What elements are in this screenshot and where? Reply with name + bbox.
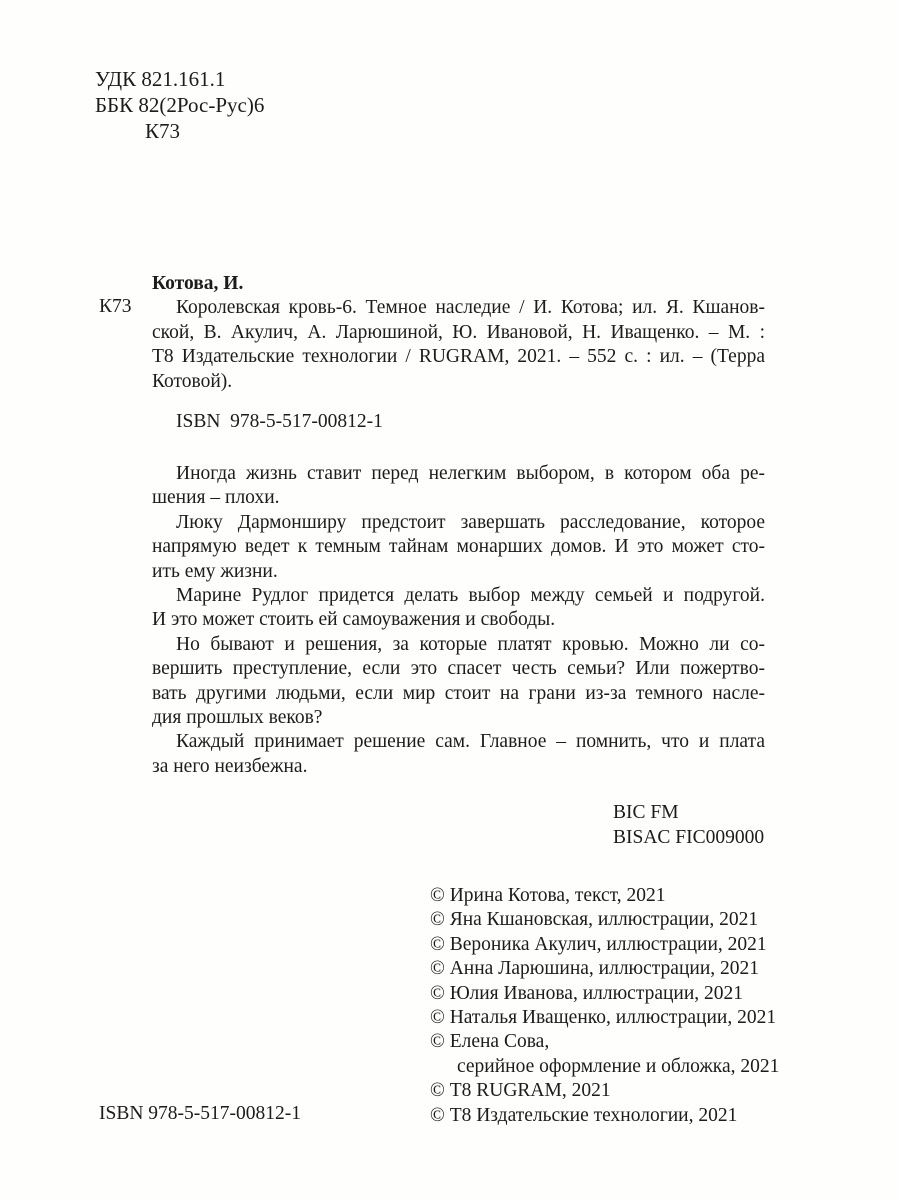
bib-description-line: Т8 Издательские технологии / RUGRAM, 202… — [152, 345, 765, 369]
annotation-block: Иногда жизнь ставит перед нелегким выбор… — [152, 462, 765, 779]
annotation-line: Люку Дармонширу предстоит завершать расс… — [152, 511, 765, 535]
copyright-line: © Т8 Издательские технологии, 2021 — [430, 1104, 779, 1128]
bic-code: BIC FM — [613, 801, 764, 826]
copyright-line: © Ирина Котова, текст, 2021 — [430, 884, 779, 908]
isbn-top: ISBN 978-5-517-00812-1 — [176, 411, 383, 433]
bib-author: Котова, И. — [152, 272, 765, 296]
copyright-line: © Т8 RUGRAM, 2021 — [430, 1079, 779, 1103]
copyright-line: © Анна Ларюшина, иллюстрации, 2021 — [430, 957, 779, 981]
annotation-line: Но бывают и решения, за которые платят к… — [152, 633, 765, 657]
annotation-line: И это может стоить ей самоуважения и сво… — [152, 608, 765, 632]
copyright-line: серийное оформление и обложка, 2021 — [430, 1055, 779, 1079]
copyright-line: © Яна Кшановская, иллюстрации, 2021 — [430, 908, 779, 932]
isbn-bottom: ISBN 978-5-517-00812-1 — [99, 1103, 301, 1125]
annotation-line: за него неизбежна. — [152, 755, 765, 779]
copyright-line: © Наталья Иващенко, иллюстрации, 2021 — [430, 1006, 779, 1030]
bibliographic-record: Котова, И. Королевская кровь-6. Темное н… — [152, 272, 765, 394]
copyright-block: © Ирина Котова, текст, 2021© Яна Кшановс… — [430, 884, 779, 1128]
annotation-line: вершить преступление, если это спасет че… — [152, 657, 765, 681]
copyright-line: © Вероника Акулич, иллюстрации, 2021 — [430, 933, 779, 957]
classification-block: BIC FM BISAC FIC009000 — [613, 801, 764, 850]
annotation-line: Марине Рудлог придется делать выбор межд… — [152, 584, 765, 608]
bib-description: Королевская кровь-6. Темное наследие / И… — [152, 296, 765, 394]
annotation-line: дия прошлых веков? — [152, 706, 765, 730]
bib-description-line: Королевская кровь-6. Темное наследие / И… — [152, 296, 765, 320]
bib-margin-code: К73 — [99, 296, 132, 318]
copyright-line: © Елена Сова, — [430, 1030, 779, 1054]
annotation-line: Иногда жизнь ставит перед нелегким выбор… — [152, 462, 765, 486]
annotation-line: напрямую ведет к темным тайнам монарших … — [152, 535, 765, 559]
bib-description-line: Котовой). — [152, 370, 765, 394]
classification-codes-block: УДК 821.161.1 ББК 82(2Рос-Рус)6 К73 — [95, 66, 264, 144]
copyright-line: © Юлия Иванова, иллюстрации, 2021 — [430, 982, 779, 1006]
udk-code: УДК 821.161.1 — [95, 66, 264, 92]
annotation-line: Каждый принимает решение сам. Главное – … — [152, 730, 765, 754]
author-sign-code: К73 — [95, 118, 264, 144]
bbk-code: ББК 82(2Рос-Рус)6 — [95, 92, 264, 118]
bib-description-line: ской, В. Акулич, А. Ларюшиной, Ю. Иванов… — [152, 321, 765, 345]
annotation-line: шения – плохи. — [152, 486, 765, 510]
bisac-code: BISAC FIC009000 — [613, 826, 764, 851]
annotation-line: вать другими людьми, если мир стоит на г… — [152, 682, 765, 706]
book-imprint-page: УДК 821.161.1 ББК 82(2Рос-Рус)6 К73 К73 … — [0, 0, 900, 1200]
annotation-line: ить ему жизни. — [152, 560, 765, 584]
